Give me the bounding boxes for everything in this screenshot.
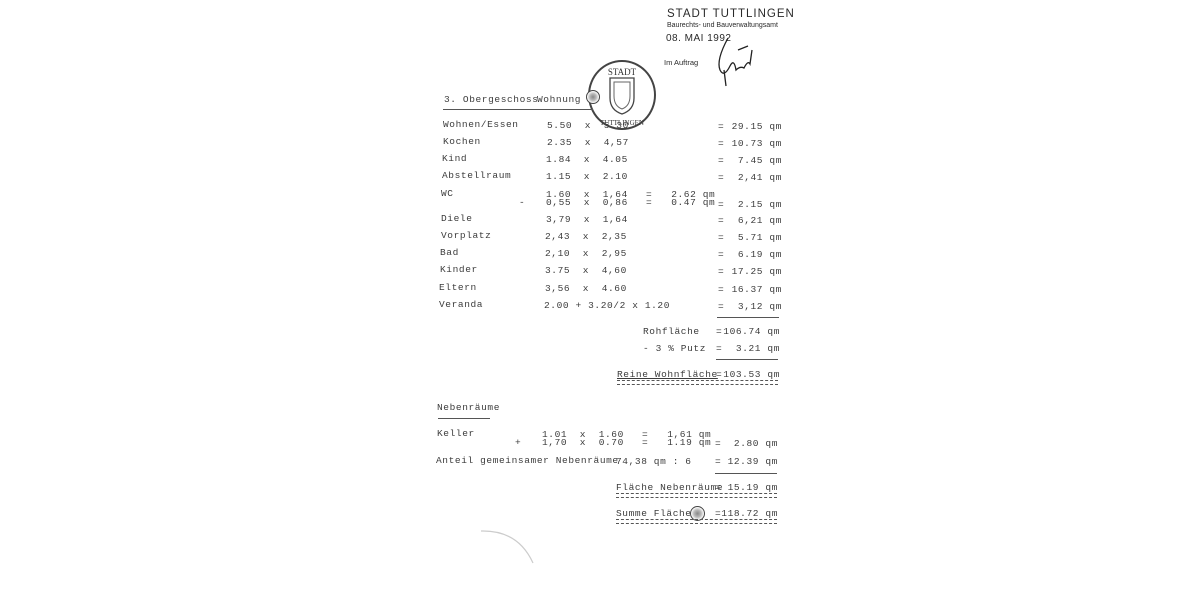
room-name: WC: [441, 188, 454, 199]
room-total: 17.25 qm: [722, 266, 782, 277]
flaeche-double-underline: [616, 493, 777, 498]
room-total: 29.15 qm: [722, 121, 782, 132]
room-name: Kinder: [440, 264, 478, 275]
keller-sub-2: = 1.19 qm: [642, 437, 711, 448]
room-total: 5.71 qm: [722, 232, 782, 243]
room-name: Diele: [441, 213, 473, 224]
signature-icon: [714, 30, 764, 90]
room-name: Kind: [442, 153, 467, 164]
stamp-authority: STADT TUTTLINGEN: [667, 8, 795, 20]
room-total: 2.15 qm: [722, 199, 782, 210]
header-divider: [443, 109, 593, 110]
keller-calc-2: 1,70 x 0.70: [542, 437, 624, 448]
room-subtotal: = 0.47 qm: [646, 197, 715, 208]
room-calc: 3.75 x 4,60: [545, 265, 627, 276]
summe-double-underline: [616, 519, 777, 524]
scan-artifact: [478, 528, 538, 568]
stamp-department: Baurechts- und Bauverwaltungsamt: [667, 22, 778, 29]
room-name: Bad: [440, 247, 459, 258]
room-total: 3,12 qm: [722, 301, 782, 312]
room-total: 7.45 qm: [722, 155, 782, 166]
room-calc: 1.15 x 2.10: [546, 171, 628, 182]
keller-plus: +: [515, 437, 521, 448]
room-calc: 2.00 + 3.20/2 x 1.20: [544, 300, 670, 311]
room-calc: 2.35 x 4,57: [547, 137, 629, 148]
anteil-divider: [715, 473, 777, 474]
room-name: Eltern: [439, 282, 477, 293]
stamp-note: Im Auftrag: [664, 58, 698, 67]
svg-text:STADT: STADT: [608, 67, 637, 77]
room-total: 10.73 qm: [722, 138, 782, 149]
total-divider: [717, 317, 779, 318]
room-name: Wohnen/Essen: [443, 119, 519, 130]
flaeche-value: 15.19 qm: [718, 482, 778, 493]
rohflaeche-label: Rohfläche: [643, 326, 700, 337]
room-calc: 3,79 x 1,64: [546, 214, 628, 225]
room-calc: 3,56 x 4.60: [545, 283, 627, 294]
room-name: Kochen: [443, 136, 481, 147]
anteil-calc: 74,38 qm : 6: [616, 456, 692, 467]
room-calc: 0,55 x 0,86: [546, 197, 628, 208]
summe-label: Summe Fläche: [616, 508, 692, 519]
room-calc: 1.84 x 4.05: [546, 154, 628, 165]
room-calc-prefix: -: [519, 197, 525, 208]
summe-value: 118.72 qm: [718, 508, 778, 519]
floor-label: 3. Obergeschoss: [444, 94, 539, 105]
room-name: Abstellraum: [442, 170, 511, 181]
reine-double-underline: [617, 380, 778, 385]
anteil-total: 12.39 qm: [718, 456, 778, 467]
room-total: 6.19 qm: [722, 249, 782, 260]
reine-value: 103.53 qm: [720, 369, 780, 380]
room-total: 16.37 qm: [722, 284, 782, 295]
small-stamp-icon: [586, 90, 600, 104]
putz-value: 3.21 qm: [720, 343, 780, 354]
flaeche-label: Fläche Nebenräume: [616, 482, 723, 493]
room-calc: 5.50 x 5.30: [547, 120, 629, 131]
room-calc: 2,10 x 2,95: [545, 248, 627, 259]
nebenraeume-divider: [438, 418, 490, 419]
room-total: 2,41 qm: [722, 172, 782, 183]
keller-total: 2.80 qm: [718, 438, 778, 449]
room-name: Veranda: [439, 299, 483, 310]
putz-divider: [716, 359, 778, 360]
unit-label: Wohnung: [537, 94, 581, 105]
anteil-label: Anteil gemeinsamer Nebenräume: [436, 455, 619, 466]
room-name: Vorplatz: [441, 230, 491, 241]
keller-label: Keller: [437, 428, 475, 439]
putz-label: - 3 % Putz: [643, 343, 706, 354]
reine-label: Reine Wohnfläche: [617, 369, 718, 380]
rohflaeche-value: 106.74 qm: [720, 326, 780, 337]
room-total: 6,21 qm: [722, 215, 782, 226]
room-calc: 2,43 x 2,35: [545, 231, 627, 242]
nebenraeume-title: Nebenräume: [437, 402, 500, 413]
